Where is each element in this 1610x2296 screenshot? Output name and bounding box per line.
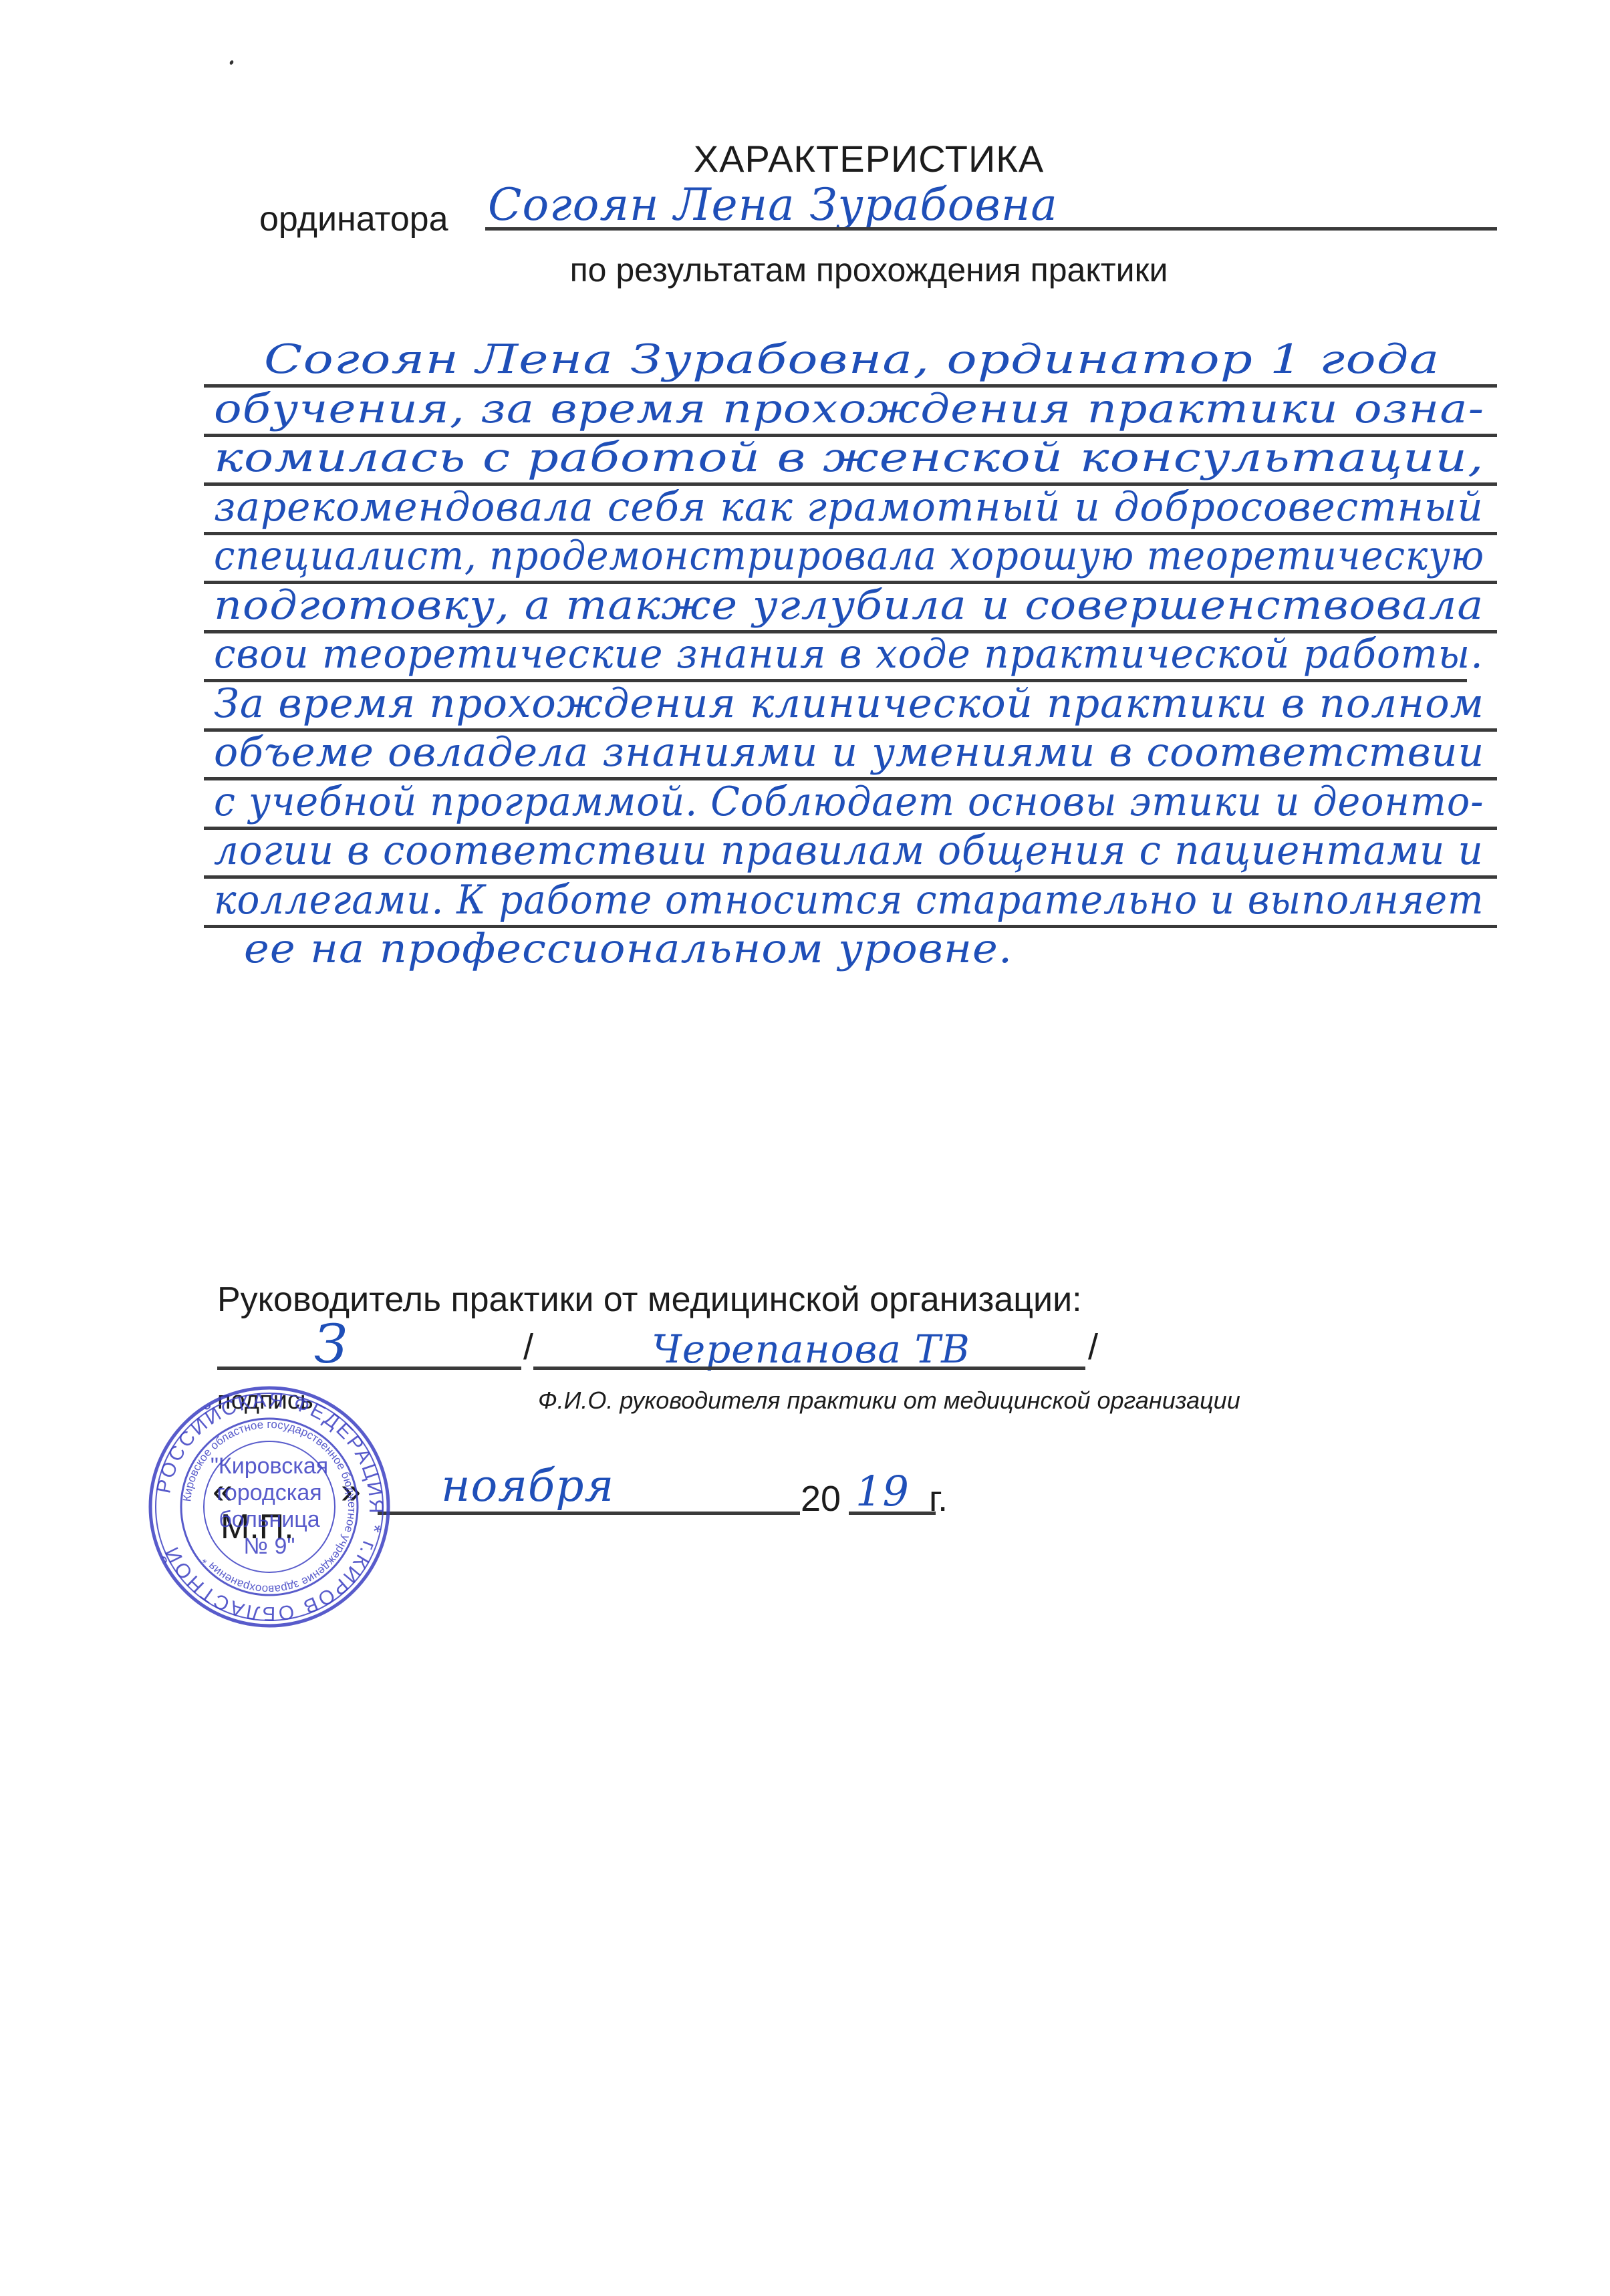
signature-rule [217, 1367, 521, 1370]
date-month-handwritten: ноября [441, 1460, 614, 1512]
year-rule [849, 1512, 936, 1515]
handwritten-line: обучения, за время прохождения практики … [214, 386, 1484, 432]
handwritten-line: логии в соответствии правилам общения с … [214, 827, 1484, 874]
document-title: ХАРАКТЕРИСТИКА [0, 137, 1610, 180]
svg-text:городская: городская [217, 1480, 321, 1505]
separator-slash: / [523, 1326, 533, 1368]
handwritten-line: коллегами. К работе относится старательн… [214, 877, 1484, 923]
handwritten-line: зарекомендовала себя как грамотный и доб… [214, 484, 1484, 531]
month-rule [378, 1512, 800, 1515]
document-subtitle: по результатам прохождения практики [0, 251, 1610, 289]
date-year-handwritten: 19 [855, 1467, 910, 1516]
date-year-suffix: г. [929, 1478, 948, 1520]
resident-name-handwritten: Согоян Лена Зурабовна [488, 179, 1058, 231]
handwritten-line: подготовку, а также углубила и совершенс… [214, 582, 1484, 629]
fio-rule [533, 1367, 1085, 1370]
svg-text:больница: больница [219, 1507, 319, 1532]
handwritten-line: Согоян Лена Зурабовна, ординатор 1 года [264, 336, 1440, 383]
svg-text:№ 9": № 9" [244, 1534, 295, 1559]
handwritten-line: комилась с работой в женской консультаци… [214, 434, 1484, 481]
handwritten-line: объеме овладела знаниями и умениями в со… [214, 729, 1484, 776]
separator-slash: / [1088, 1326, 1098, 1368]
resident-name-rule [485, 227, 1497, 231]
handwritten-line: За время прохождения клинической практик… [214, 680, 1484, 727]
svg-text:"Кировская: "Кировская [211, 1453, 328, 1479]
fio-caption: Ф.И.О. руководителя практики от медицинс… [538, 1387, 1240, 1415]
supervisor-name-handwritten: Черепанова ТВ [652, 1326, 970, 1372]
date-year-prefix: 20 [801, 1478, 841, 1520]
handwritten-line: свои теоретические знания в ходе практич… [214, 631, 1484, 678]
resident-label: ординатора [259, 199, 448, 239]
handwritten-line: с учебной программой. Соблюдает основы э… [214, 778, 1484, 825]
scan-speck [229, 59, 235, 65]
handwritten-line: ее на профессиональном уровне. [244, 925, 1013, 972]
organization-seal-stamp: РОССИЙСКАЯ ФЕДЕРАЦИЯ * г.КИРОВ ОБЛАСТНОЙ… [146, 1383, 393, 1630]
handwritten-line: специалист, продемонстрировала хорошую т… [214, 533, 1484, 579]
